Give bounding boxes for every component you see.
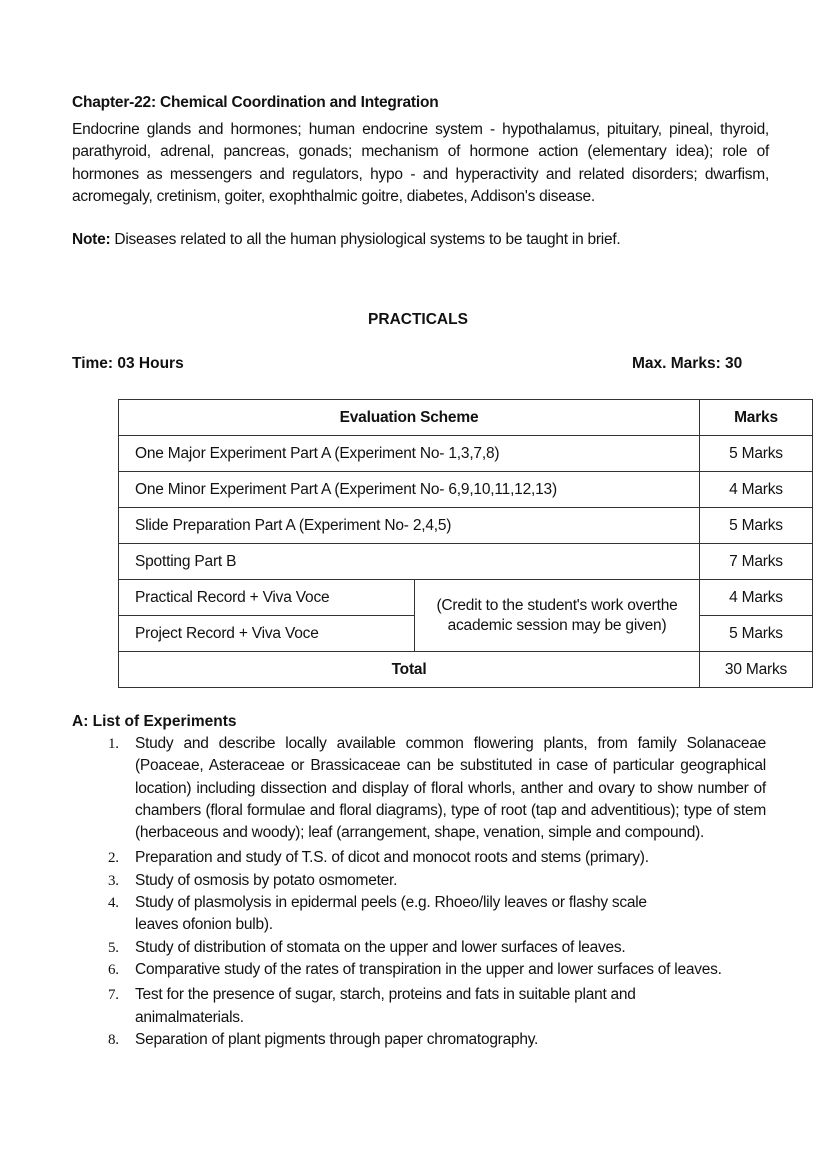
item-text: Comparative study of the rates of transp… — [135, 961, 722, 978]
total-marks: 30 Marks — [700, 652, 813, 688]
total-label: Total — [119, 652, 700, 688]
list-item: 2. Preparation and study of T.S. of dico… — [108, 847, 766, 869]
list-item: 3. Study of osmosis by potato osmometer. — [108, 870, 766, 892]
item-text: Separation of plant pigments through pap… — [135, 1031, 538, 1048]
table-total-row: Total 30 Marks — [119, 652, 813, 688]
list-item: 8. Separation of plant pigments through … — [108, 1029, 766, 1051]
scheme-item: Practical Record + Viva Voce — [119, 580, 415, 616]
practicals-heading: PRACTICALS — [0, 311, 829, 329]
list-item: 5. Study of distribution of stomata on t… — [108, 937, 766, 959]
table-header-row: Evaluation Scheme Marks — [119, 400, 813, 436]
scheme-item: Slide Preparation Part A (Experiment No-… — [119, 508, 700, 544]
chapter-note: Note: Diseases related to all the human … — [72, 231, 620, 249]
table-row: One Major Experiment Part A (Experiment … — [119, 436, 813, 472]
scheme-item: One Minor Experiment Part A (Experiment … — [119, 472, 700, 508]
scheme-marks: 5 Marks — [700, 436, 813, 472]
evaluation-scheme-table: Evaluation Scheme Marks One Major Experi… — [118, 399, 813, 688]
experiments-list: 1. Study and describe locally available … — [108, 733, 766, 1051]
scheme-item: One Major Experiment Part A (Experiment … — [119, 436, 700, 472]
scheme-marks: 5 Marks — [700, 616, 813, 652]
list-item: 6. Comparative study of the rates of tra… — [108, 959, 766, 981]
item-number: 4. — [108, 892, 119, 914]
experiments-heading: A: List of Experiments — [72, 713, 237, 731]
list-item: 4. Study of plasmolysis in epidermal pee… — [108, 892, 766, 937]
credit-note: (Credit to the student's work overthe ac… — [415, 580, 700, 652]
item-number: 1. — [108, 733, 119, 755]
item-number: 7. — [108, 984, 119, 1006]
scheme-marks: 4 Marks — [700, 580, 813, 616]
item-text: Study of distribution of stomata on the … — [135, 939, 625, 956]
item-number: 3. — [108, 870, 119, 892]
note-text: Diseases related to all the human physio… — [110, 231, 620, 248]
scheme-item: Project Record + Viva Voce — [119, 616, 415, 652]
scheme-marks: 5 Marks — [700, 508, 813, 544]
exam-time: Time: 03 Hours — [72, 355, 184, 373]
list-item: 1. Study and describe locally available … — [108, 733, 766, 844]
item-number: 5. — [108, 937, 119, 959]
max-marks: Max. Marks: 30 — [632, 355, 742, 373]
item-number: 2. — [108, 847, 119, 869]
chapter-description: Endocrine glands and hormones; human end… — [72, 119, 769, 208]
item-text: Preparation and study of T.S. of dicot a… — [135, 849, 649, 866]
scheme-item: Spotting Part B — [119, 544, 700, 580]
item-number: 8. — [108, 1029, 119, 1051]
item-text: Test for the presence of sugar, starch, … — [135, 984, 680, 1029]
document-page: Chapter-22: Chemical Coordination and In… — [0, 0, 829, 1171]
table-row: Practical Record + Viva Voce (Credit to … — [119, 580, 813, 616]
item-text: Study of osmosis by potato osmometer. — [135, 872, 397, 889]
note-label: Note: — [72, 231, 110, 248]
list-item: 7. Test for the presence of sugar, starc… — [108, 984, 766, 1029]
item-text: Study and describe locally available com… — [135, 733, 766, 844]
scheme-marks: 4 Marks — [700, 472, 813, 508]
header-marks: Marks — [700, 400, 813, 436]
table-row: Slide Preparation Part A (Experiment No-… — [119, 508, 813, 544]
table-row: One Minor Experiment Part A (Experiment … — [119, 472, 813, 508]
scheme-marks: 7 Marks — [700, 544, 813, 580]
item-number: 6. — [108, 959, 119, 981]
table-row: Spotting Part B 7 Marks — [119, 544, 813, 580]
chapter-title: Chapter-22: Chemical Coordination and In… — [72, 94, 439, 112]
item-text: Study of plasmolysis in epidermal peels … — [135, 892, 680, 937]
header-evaluation-scheme: Evaluation Scheme — [119, 400, 700, 436]
